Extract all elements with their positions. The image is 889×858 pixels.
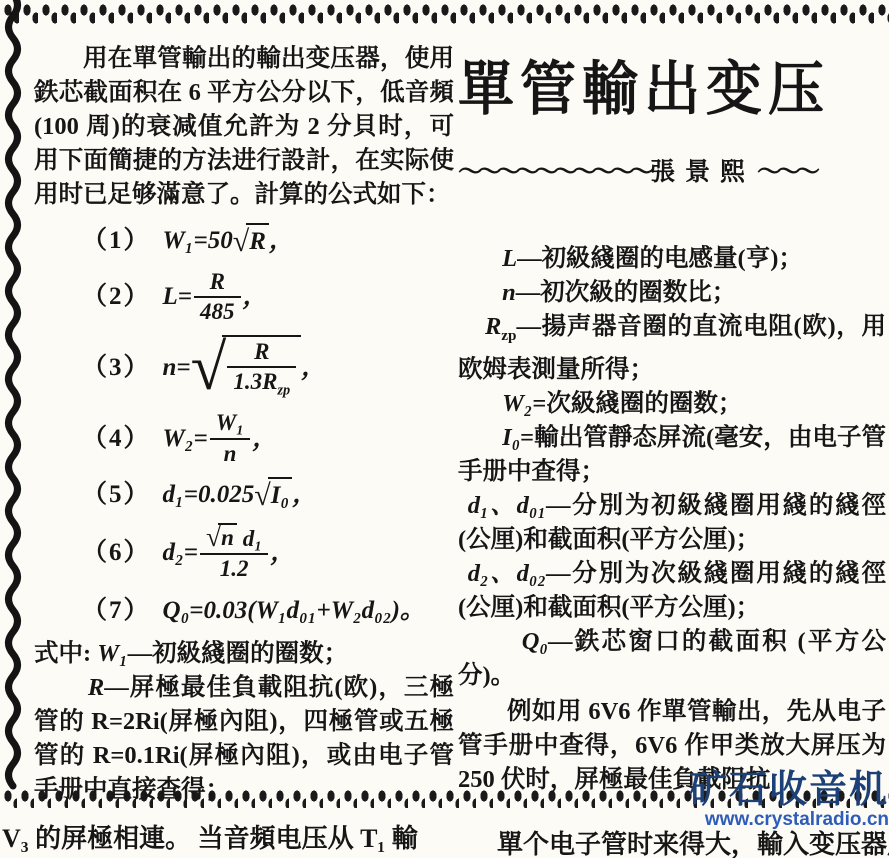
formula-5: （5） d₁=0.025√I₀， [82, 476, 454, 514]
definition-item: n—初次級的圈数比； [458, 276, 886, 310]
formula-6: （6） d₂=√n d₁1.2， [82, 521, 454, 585]
left-wavy-border [0, 0, 26, 792]
formula-1: （1） W₁=50√R， [82, 222, 454, 260]
where-w1: 式中: W₁—初級綫圈的圈数； [34, 637, 454, 671]
formula-number: （4） [82, 422, 151, 456]
watermark-brand: 矿石收音机 [689, 770, 889, 810]
definition-item: I₀=輸出管靜态屏流(毫安，由电子管手册中查得； [458, 421, 886, 489]
formula-number: （1） [82, 224, 151, 258]
wavy-rule-right: ～～～ [757, 159, 814, 186]
formula-number: （3） [82, 351, 151, 385]
where-clause: 式中: W₁—初級綫圈的圈数； R—屏極最佳負載阻抗(欧)，三極管的 R=2Ri… [34, 637, 454, 807]
formula-number: （7） [82, 594, 151, 628]
radical-icon: √ [191, 339, 227, 398]
footer-left-text: V₃ 的屏極相連。 当音頻电压从 T₁ 輸 [2, 818, 418, 855]
watermark-url: www.crystalradio.cn [689, 810, 889, 830]
definition-item: Rzp—揚声器音圈的直流电阻(欧)，用欧姆表測量所得； [458, 310, 886, 387]
watermark: 矿石收音机 www.crystalradio.cn [689, 770, 889, 830]
definition-item: Q₀—鉄芯窗口的截面积 (平方公分)。 [458, 625, 886, 693]
formula-7: （7） Q₀=0.03(W₁d₀₁+W₂d₀₂)。 [82, 592, 454, 630]
wavy-rule-left: ～～～～～～～～～～ [458, 159, 648, 186]
where-r: R—屏極最佳負載阻抗(欧)，三極管的 R=2Ri(屏極內阻)，四極管或五極管的 … [34, 671, 454, 807]
definition-list: L—初級綫圈的电感量(亨)； n—初次級的圈数比； Rzp—揚声器音圈的直流电阻… [458, 242, 886, 693]
formula-number: （5） [82, 478, 151, 512]
scanned-magazine-page: 用在單管輸出的輸出变压器，使用鉄芯截面积在 6 平方公分以下，低音頻(100 周… [0, 0, 889, 858]
definition-item: W₂=次級綫圈的圈数； [458, 387, 886, 421]
definition-item: d₂、d₀₂—分別为次級綫圈用綫的綫徑(公厘)和截面积(平方公厘)； [458, 557, 886, 625]
left-column: 用在單管輸出的輸出变压器，使用鉄芯截面积在 6 平方公分以下，低音頻(100 周… [34, 42, 454, 807]
top-chain-border [0, 2, 889, 28]
definition-item: d₁、d₀₁—分別为初級綫圈用綫的綫徑(公厘)和截面积(平方公厘)； [458, 489, 886, 557]
article-title: 單管輸出变压 [458, 56, 886, 121]
definition-item: L—初級綫圈的电感量(亨)； [458, 242, 886, 276]
right-column: 單管輸出变压 ～～～～～～～～～～張景熙～～～ L—初級綫圈的电感量(亨)； n… [458, 58, 886, 797]
formula-4: （4） W₂=W₁n， [82, 408, 454, 469]
intro-paragraph: 用在單管輸出的輸出变压器，使用鉄芯截面积在 6 平方公分以下，低音頻(100 周… [34, 42, 454, 212]
formula-number: （6） [82, 536, 151, 570]
formula-list: （1） W₁=50√R， （2） L=R485， （3） n=√R1.3Rzp，… [82, 222, 454, 630]
author-name: 張景熙 [650, 159, 755, 186]
formula-number: （2） [82, 280, 151, 314]
formula-2: （2） L=R485， [82, 267, 454, 328]
author-line: ～～～～～～～～～～張景熙～～～ [458, 156, 886, 190]
formula-3: （3） n=√R1.3Rzp， [82, 335, 454, 401]
